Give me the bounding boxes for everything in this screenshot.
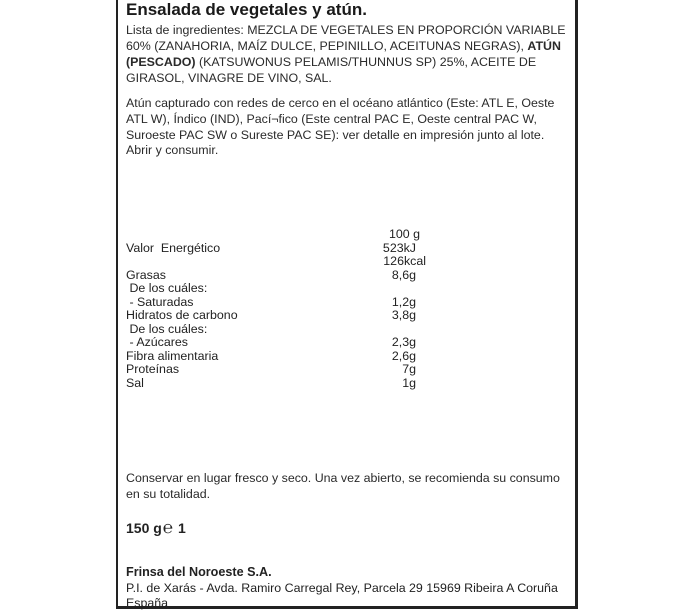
- nutrient-label: Hidratos de carbono: [126, 309, 238, 323]
- nutrition-row: De los cuáles:: [126, 282, 416, 296]
- manufacturer-name: Frinsa del Noroeste S.A.: [126, 565, 272, 579]
- nutrition-row: Grasas8,6g: [126, 269, 416, 283]
- nutrition-header-value: 100 g: [389, 228, 420, 242]
- nutrient-value: 1,2g: [392, 296, 416, 310]
- product-label: Ensalada de vegetales y atún. Lista de i…: [116, 0, 578, 609]
- nutrient-label: Proteínas: [126, 363, 179, 377]
- nutrient-value: 1g: [402, 377, 416, 391]
- nutrition-row: Hidratos de carbono3,8g: [126, 309, 416, 323]
- fishing-origin: Atún capturado con redes de cerco en el …: [126, 95, 574, 143]
- nutrient-label: De los cuáles:: [126, 282, 207, 296]
- nutrient-value: 2,6g: [392, 350, 416, 364]
- nutrition-table: 100 g Valor Energético523kJ126kcalGrasas…: [126, 228, 416, 390]
- nutrient-label: Sal: [126, 377, 144, 391]
- ingredients-prefix: Lista de ingredientes: MEZCLA DE VEGETAL…: [126, 23, 566, 53]
- nutrient-value: 2,3g: [392, 336, 416, 350]
- nutrition-row: - Azúcares2,3g: [126, 336, 416, 350]
- nutrient-value: 7g: [402, 363, 416, 377]
- ingredients-list: Lista de ingredientes: MEZCLA DE VEGETAL…: [126, 22, 574, 86]
- net-quantity: 150 g℮1: [126, 518, 186, 538]
- nutrient-label: - Azúcares: [126, 336, 188, 350]
- nutrient-label: - Saturadas: [126, 296, 194, 310]
- nutrition-row: - Saturadas1,2g: [126, 296, 416, 310]
- usage-instructions: Abrir y consumir.: [126, 142, 574, 158]
- nutrient-label: Grasas: [126, 269, 166, 283]
- nutrient-value: 8,6g: [392, 269, 416, 283]
- manufacturer-address: P.I. de Xarás - Avda. Ramiro Carregal Re…: [126, 581, 574, 611]
- nutrition-row: 126kcal: [126, 255, 416, 269]
- nutrient-label: De los cuáles:: [126, 323, 207, 337]
- storage-instructions: Conservar en lugar fresco y seco. Una ve…: [126, 470, 574, 502]
- nutrition-row: Fibra alimentaria2,6g: [126, 350, 416, 364]
- nutrition-row: De los cuáles:: [126, 323, 416, 337]
- product-title: Ensalada de vegetales y atún.: [126, 0, 367, 20]
- nutrient-label: Valor Energético: [126, 242, 220, 256]
- nutrition-header: 100 g: [126, 228, 416, 242]
- unit-count: 1: [178, 520, 186, 536]
- nutrient-label: Fibra alimentaria: [126, 350, 218, 364]
- nutrition-row: Proteínas7g: [126, 363, 416, 377]
- nutrient-value: 523kJ: [383, 242, 416, 256]
- nutrition-row: Sal1g: [126, 377, 416, 391]
- net-weight: 150 g: [126, 520, 162, 536]
- nutrient-value: 126kcal: [383, 255, 426, 269]
- nutrition-row: Valor Energético523kJ: [126, 242, 416, 256]
- estimated-sign-icon: ℮: [163, 518, 173, 537]
- nutrient-value: 3,8g: [392, 309, 416, 323]
